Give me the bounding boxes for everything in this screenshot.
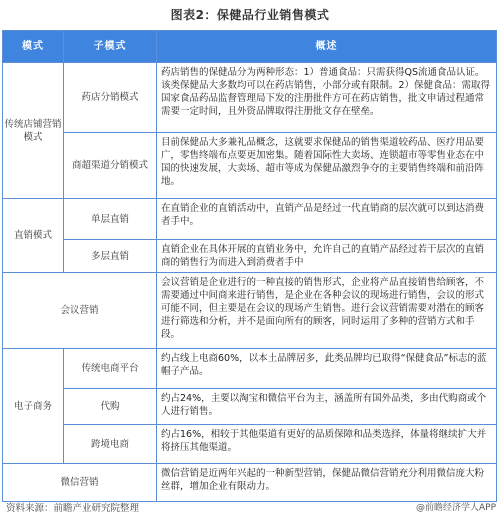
submode-cell: 多层直销 bbox=[64, 240, 157, 273]
overview-cell: 在直销企业的直销活动中，直销产品是经过一代直销商的层次就可以到达消费者手中。 bbox=[157, 199, 497, 240]
sales-mode-table: 模式 子模式 概述 传统店铺营销模式 药店分销模式 药店销售的保健品分为两种形态… bbox=[2, 30, 497, 502]
table-row: 电子商务 传统电商平台 约占线上电商60%，以本土品牌居多，此类品牌均已取得“保… bbox=[3, 349, 497, 389]
figure-title: 图表2：保健品行业销售模式 bbox=[0, 6, 500, 23]
submode-cell: 跨境电商 bbox=[64, 425, 157, 464]
submode-cell: 药店分销模式 bbox=[64, 63, 157, 133]
overview-cell: 直销企业在具体开展的直销业务中，允许自己的直销产品经过若干层次的直销商的销售行为… bbox=[157, 240, 497, 273]
overview-cell: 约占24%，主要以淘宝和微信平台为主，涵盖所有国外品类，多由代购商或个人进行销售… bbox=[157, 389, 497, 425]
overview-cell: 目前保健品大多兼礼品概念，这就要求保健品的销售渠道较药品、医疗用品要广，零售终端… bbox=[157, 133, 497, 199]
header-submode: 子模式 bbox=[64, 31, 157, 63]
mode-cell: 传统店铺营销模式 bbox=[3, 63, 64, 199]
table-row: 多层直销 直销企业在具体开展的直销业务中，允许自己的直销产品经过若干层次的直销商… bbox=[3, 240, 497, 273]
credit-label: @前瞻经济学人APP bbox=[416, 500, 496, 513]
table-row: 传统店铺营销模式 药店分销模式 药店销售的保健品分为两种形态：1）普通食品：只需… bbox=[3, 63, 497, 133]
overview-cell: 会议营销是企业进行的一种直接的销售形式，企业将产品直接销售给顾客，不需要通过中间… bbox=[157, 273, 497, 349]
submode-cell: 代购 bbox=[64, 389, 157, 425]
mode-cell: 直销模式 bbox=[3, 199, 64, 273]
submode-cell: 单层直销 bbox=[64, 199, 157, 240]
mode-cell: 电子商务 bbox=[3, 349, 64, 464]
source-note: 资料来源：前瞻产业研究院整理 bbox=[6, 500, 139, 514]
table-row: 商超渠道分销模式 目前保健品大多兼礼品概念，这就要求保健品的销售渠道较药品、医疗… bbox=[3, 133, 497, 199]
header-mode: 模式 bbox=[3, 31, 64, 63]
overview-cell: 约占16%，相较于其他渠道有更好的品质保障和品类选择，体量将继续扩大并将挤压其他… bbox=[157, 425, 497, 464]
submode-cell: 商超渠道分销模式 bbox=[64, 133, 157, 199]
header-overview: 概述 bbox=[157, 31, 497, 63]
table-row: 代购 约占24%，主要以淘宝和微信平台为主，涵盖所有国外品类，多由代购商或个人进… bbox=[3, 389, 497, 425]
submode-cell: 传统电商平台 bbox=[64, 349, 157, 389]
overview-cell: 药店销售的保健品分为两种形态：1）普通食品：只需获得QS流通食品认证。该类保健品… bbox=[157, 63, 497, 133]
table-row: 跨境电商 约占16%，相较于其他渠道有更好的品质保障和品类选择，体量将继续扩大并… bbox=[3, 425, 497, 464]
table-row: 直销模式 单层直销 在直销企业的直销活动中，直销产品是经过一代直销商的层次就可以… bbox=[3, 199, 497, 240]
mode-cell: 会议营销 bbox=[3, 273, 157, 349]
table-header-row: 模式 子模式 概述 bbox=[3, 31, 497, 63]
overview-cell: 约占线上电商60%，以本土品牌居多，此类品牌均已取得“保健食品”标志的蓝帽子产品… bbox=[157, 349, 497, 389]
overview-cell: 微信营销是近两年兴起的一种新型营销，保健品微信营销充分利用微信庞大粉丝群，增加企… bbox=[157, 464, 497, 502]
mode-cell: 微信营销 bbox=[3, 464, 157, 502]
table-row: 微信营销 微信营销是近两年兴起的一种新型营销，保健品微信营销充分利用微信庞大粉丝… bbox=[3, 464, 497, 502]
table-row: 会议营销 会议营销是企业进行的一种直接的销售形式，企业将产品直接销售给顾客，不需… bbox=[3, 273, 497, 349]
